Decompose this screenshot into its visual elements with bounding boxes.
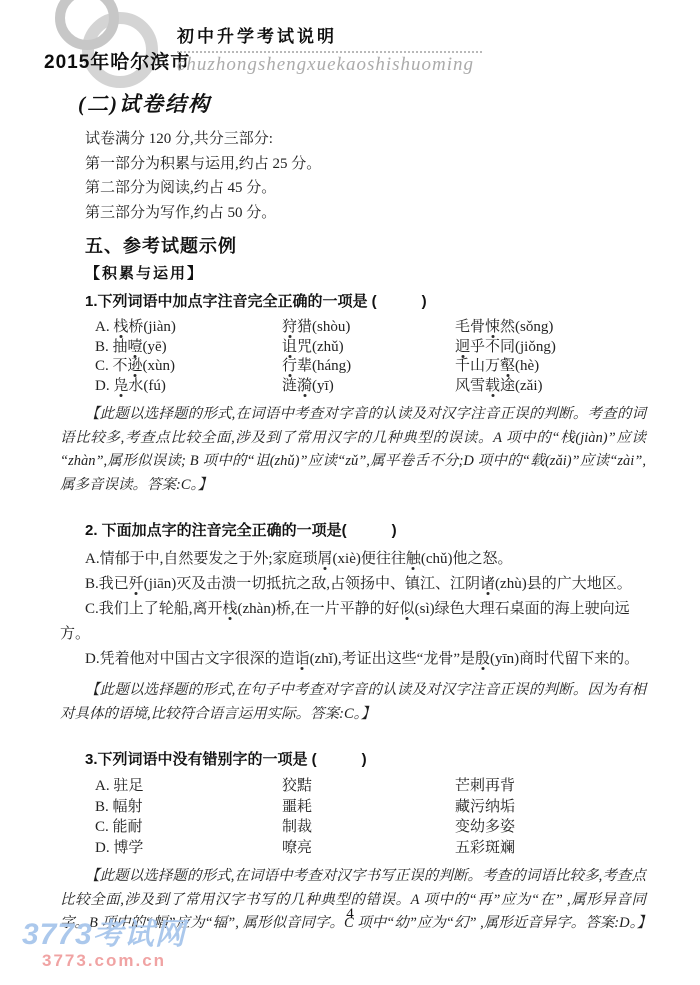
question-3-stem: 3.下列词语中没有错别字的一项是 ( ) [85, 748, 646, 769]
intro-line: 第三部分为写作,约占 50 分。 [85, 201, 646, 226]
intro-line: 第二部分为阅读,约占 45 分。 [85, 176, 646, 201]
option-b: B.我已歼(jiān)灭及击溃一切抵抗之敌,占领扬中、镇江、江阴诸(zhù)县的… [60, 572, 646, 597]
edition-label: 2015年哈尔滨市 [44, 47, 190, 74]
question-3-options: A. 驻足 狡黠 芒刺再背 B. 幅射 噩耗 藏污纳垢 C. 能耐 制裁 变幼多… [95, 776, 646, 858]
question-1: 1.下列词语中加点字注音完全正确的一项是 ( ) A. 栈桥(jiàn) 狩猎(… [60, 290, 646, 497]
option-cell: 噩耗 [282, 797, 455, 818]
option-cell: 行辈(háng) [282, 357, 455, 377]
site-watermark: 3773考试网 3773.com.cn [22, 920, 186, 969]
option-row-b: B. 抽噎(yē) 诅咒(zhǔ) 迥乎不同(jiǒng) [95, 338, 646, 358]
question-2: 2. 下面加点字的注音完全正确的一项是( ) A.情郁于中,自然要发之于外;家庭… [60, 519, 646, 726]
option-cell: 五彩斑斓 [455, 838, 646, 859]
option-row-a: A. 驻足 狡黠 芒刺再背 [95, 776, 646, 797]
option-cell: 涟漪(yī) [282, 377, 455, 397]
option-c: C.我们上了轮船,离开栈(zhàn)桥,在一片平静的好似(sì)绿色大理石桌面的… [60, 597, 646, 647]
masthead-title-block: 初中升学考试说明 chuzhongshengxuekaoshishuoming [177, 22, 482, 76]
question-1-explanation: 【此题以选择题的形式,在词语中考查对字音的认读及对汉字注音正误的判断。考查的词语… [60, 403, 646, 497]
option-cell: 千山万壑(hè) [455, 357, 646, 377]
intro-line: 第一部分为积累与运用,约占 25 分。 [85, 152, 646, 177]
option-cell: 芒刺再背 [455, 776, 646, 797]
option-cell: D. 凫水(fú) [95, 377, 282, 397]
question-1-options: A. 栈桥(jiàn) 狩猎(shòu) 毛骨悚然(sǒng) B. 抽噎(yē… [95, 318, 646, 396]
option-row-d: D. 博学 嘹亮 五彩斑斓 [95, 838, 646, 859]
site-logo-text: 3773考试网 [22, 920, 186, 950]
option-cell: 狡黠 [282, 776, 455, 797]
exam-document-page: 2015年哈尔滨市 初中升学考试说明 chuzhongshengxuekaosh… [0, 0, 700, 985]
option-cell: C. 能耐 [95, 817, 282, 838]
sample-questions-heading: 五、参考试题示例 [85, 232, 646, 258]
question-2-options: A.情郁于中,自然要发之于外;家庭琐屑(xiè)便往往触(chǔ)他之怒。 B.… [60, 547, 646, 672]
option-cell: 狩猎(shòu) [282, 318, 455, 338]
option-cell: 风雪载途(zǎi) [455, 377, 646, 397]
option-cell: 迥乎不同(jiǒng) [455, 338, 646, 358]
option-row-c: C. 不逊(xùn) 行辈(háng) 千山万壑(hè) [95, 357, 646, 377]
option-row-b: B. 幅射 噩耗 藏污纳垢 [95, 797, 646, 818]
option-cell: 变幼多姿 [455, 817, 646, 838]
option-cell: 诅咒(zhǔ) [282, 338, 455, 358]
option-cell: B. 抽噎(yē) [95, 338, 282, 358]
option-a: A.情郁于中,自然要发之于外;家庭琐屑(xiè)便往往触(chǔ)他之怒。 [60, 547, 646, 572]
intro-line: 试卷满分 120 分,共分三部分: [85, 127, 646, 152]
option-cell: 嘹亮 [282, 838, 455, 859]
site-logo-url: 3773.com.cn [42, 952, 186, 969]
section-title: (二)试卷结构 [78, 88, 646, 118]
pinyin-subtitle: chuzhongshengxuekaoshishuoming [177, 54, 482, 76]
question-1-stem: 1.下列词语中加点字注音完全正确的一项是 ( ) [85, 290, 646, 311]
dotted-divider [177, 51, 482, 53]
option-row-c: C. 能耐 制裁 变幼多姿 [95, 817, 646, 838]
paper-structure-intro: 试卷满分 120 分,共分三部分: 第一部分为积累与运用,约占 25 分。 第二… [60, 127, 646, 225]
document-title: 初中升学考试说明 [177, 22, 482, 47]
option-cell: C. 不逊(xùn) [95, 357, 282, 377]
option-row-d: D. 凫水(fú) 涟漪(yī) 风雪载途(zǎi) [95, 377, 646, 397]
option-d: D.凭着他对中国古文字很深的造诣(zhǐ),考证出这些“龙骨”是殷(yīn)商时… [60, 647, 646, 672]
option-cell: 藏污纳垢 [455, 797, 646, 818]
option-cell: A. 栈桥(jiàn) [95, 318, 282, 338]
question-2-explanation: 【此题以选择题的形式,在句子中考查对字音的认读及对汉字注音正误的判断。因为有相对… [60, 679, 646, 726]
block-label-accumulation: 【积累与运用】 [85, 262, 646, 283]
question-2-stem: 2. 下面加点字的注音完全正确的一项是( ) [85, 519, 646, 540]
option-cell: 毛骨悚然(sǒng) [455, 318, 646, 338]
document-body: (二)试卷结构 试卷满分 120 分,共分三部分: 第一部分为积累与运用,约占 … [60, 88, 646, 936]
option-row-a: A. 栈桥(jiàn) 狩猎(shòu) 毛骨悚然(sǒng) [95, 318, 646, 338]
option-cell: B. 幅射 [95, 797, 282, 818]
option-cell: A. 驻足 [95, 776, 282, 797]
option-cell: D. 博学 [95, 838, 282, 859]
option-cell: 制裁 [282, 817, 455, 838]
